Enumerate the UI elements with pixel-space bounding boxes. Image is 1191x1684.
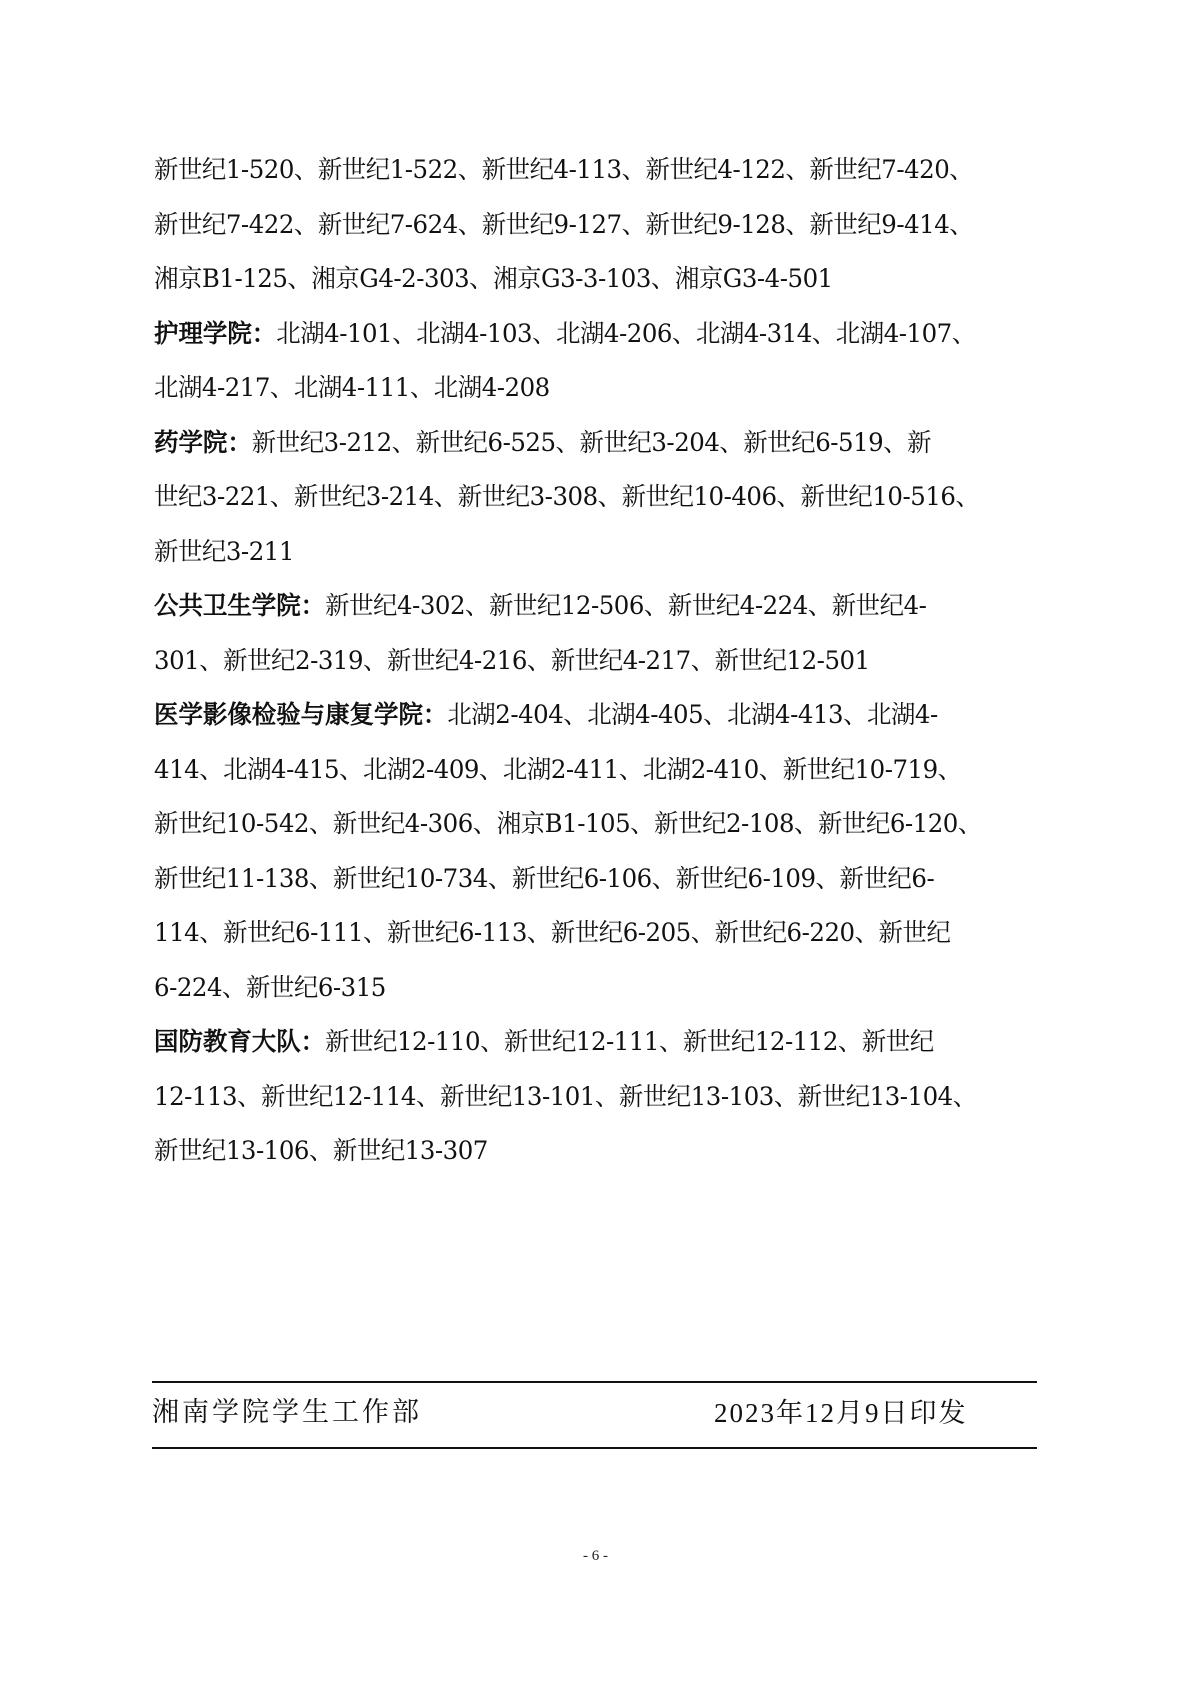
text-line: 药学院：新世纪3-212、新世纪6-525、新世纪3-204、新世纪6-519、… bbox=[154, 423, 1034, 478]
room-list-text: 新世纪12-110、新世纪12-111、新世纪12-112、新世纪 bbox=[325, 1027, 934, 1056]
section-label-medical-imaging: 医学影像检验与康复学院： bbox=[154, 700, 447, 729]
room-list-text: 6-224、新世纪6-315 bbox=[154, 973, 386, 1002]
page-number: - 6 - bbox=[0, 1548, 1191, 1565]
room-list-text: 北湖4-217、北湖4-111、北湖4-208 bbox=[154, 373, 550, 402]
room-list-text: 新世纪13-106、新世纪13-307 bbox=[154, 1136, 488, 1165]
room-list-text: 114、新世纪6-111、新世纪6-113、新世纪6-205、新世纪6-220、… bbox=[154, 918, 950, 947]
room-list-text: 新世纪4-302、新世纪12-506、新世纪4-224、新世纪4- bbox=[325, 591, 926, 620]
text-line: 301、新世纪2-319、新世纪4-216、新世纪4-217、新世纪12-501 bbox=[154, 641, 1034, 696]
text-line: 新世纪7-422、新世纪7-624、新世纪9-127、新世纪9-128、新世纪9… bbox=[154, 205, 1034, 260]
room-list-text: 12-113、新世纪12-114、新世纪13-101、新世纪13-103、新世纪… bbox=[154, 1082, 977, 1111]
room-list-text: 新世纪10-542、新世纪4-306、湘京B1-105、新世纪2-108、新世纪… bbox=[154, 809, 982, 838]
room-list-text: 湘京B1-125、湘京G4-2-303、湘京G3-3-103、湘京G3-4-50… bbox=[154, 264, 833, 293]
section-label-public-health: 公共卫生学院： bbox=[154, 591, 325, 620]
text-line: 护理学院：北湖4-101、北湖4-103、北湖4-206、北湖4-314、北湖4… bbox=[154, 314, 1034, 369]
room-list-text: 新世纪1-520、新世纪1-522、新世纪4-113、新世纪4-122、新世纪7… bbox=[154, 155, 973, 184]
document-page: 新世纪1-520、新世纪1-522、新世纪4-113、新世纪4-122、新世纪7… bbox=[0, 0, 1191, 1684]
text-line: 医学影像检验与康复学院：北湖2-404、北湖4-405、北湖4-413、北湖4- bbox=[154, 695, 1034, 750]
section-label-pharmacy: 药学院： bbox=[154, 428, 252, 457]
dormitory-list: 新世纪1-520、新世纪1-522、新世纪4-113、新世纪4-122、新世纪7… bbox=[154, 150, 1054, 1186]
room-list-text: 301、新世纪2-319、新世纪4-216、新世纪4-217、新世纪12-501 bbox=[154, 646, 870, 675]
room-list-text: 北湖4-101、北湖4-103、北湖4-206、北湖4-314、北湖4-107、 bbox=[276, 319, 975, 348]
text-line: 新世纪11-138、新世纪10-734、新世纪6-106、新世纪6-109、新世… bbox=[154, 859, 1034, 914]
room-list-text: 新世纪3-211 bbox=[154, 537, 294, 566]
footer-bottom-divider bbox=[152, 1447, 1037, 1449]
text-line: 414、北湖4-415、北湖2-409、北湖2-411、北湖2-410、新世纪1… bbox=[154, 750, 1034, 805]
room-list-text: 414、北湖4-415、北湖2-409、北湖2-411、北湖2-410、新世纪1… bbox=[154, 755, 962, 784]
text-line: 北湖4-217、北湖4-111、北湖4-208 bbox=[154, 368, 1034, 423]
text-line: 新世纪10-542、新世纪4-306、湘京B1-105、新世纪2-108、新世纪… bbox=[154, 804, 1034, 859]
text-line: 湘京B1-125、湘京G4-2-303、湘京G3-3-103、湘京G3-4-50… bbox=[154, 259, 1034, 314]
text-line: 国防教育大队：新世纪12-110、新世纪12-111、新世纪12-112、新世纪 bbox=[154, 1022, 1034, 1077]
room-list-text: 北湖2-404、北湖4-405、北湖4-413、北湖4- bbox=[447, 700, 937, 729]
issuing-organization: 湘南学院学生工作部 bbox=[152, 1393, 422, 1433]
text-line: 世纪3-221、新世纪3-214、新世纪3-308、新世纪10-406、新世纪1… bbox=[154, 477, 1034, 532]
text-line: 公共卫生学院：新世纪4-302、新世纪12-506、新世纪4-224、新世纪4- bbox=[154, 586, 1034, 641]
room-list-text: 新世纪7-422、新世纪7-624、新世纪9-127、新世纪9-128、新世纪9… bbox=[154, 210, 973, 239]
text-line: 新世纪13-106、新世纪13-307 bbox=[154, 1131, 1034, 1186]
text-line: 6-224、新世纪6-315 bbox=[154, 968, 1034, 1023]
issue-date: 2023年12月9日印发 bbox=[714, 1393, 968, 1433]
section-label-nursing: 护理学院： bbox=[154, 319, 276, 348]
text-line: 新世纪3-211 bbox=[154, 532, 1034, 587]
text-line: 新世纪1-520、新世纪1-522、新世纪4-113、新世纪4-122、新世纪7… bbox=[154, 150, 1034, 205]
text-line: 12-113、新世纪12-114、新世纪13-101、新世纪13-103、新世纪… bbox=[154, 1077, 1034, 1132]
room-list-text: 新世纪11-138、新世纪10-734、新世纪6-106、新世纪6-109、新世… bbox=[154, 864, 934, 893]
section-label-defense-education: 国防教育大队： bbox=[154, 1027, 325, 1056]
room-list-text: 新世纪3-212、新世纪6-525、新世纪3-204、新世纪6-519、新 bbox=[252, 428, 931, 457]
text-line: 114、新世纪6-111、新世纪6-113、新世纪6-205、新世纪6-220、… bbox=[154, 913, 1034, 968]
room-list-text: 世纪3-221、新世纪3-214、新世纪3-308、新世纪10-406、新世纪1… bbox=[154, 482, 979, 511]
footer-top-divider bbox=[152, 1381, 1037, 1383]
